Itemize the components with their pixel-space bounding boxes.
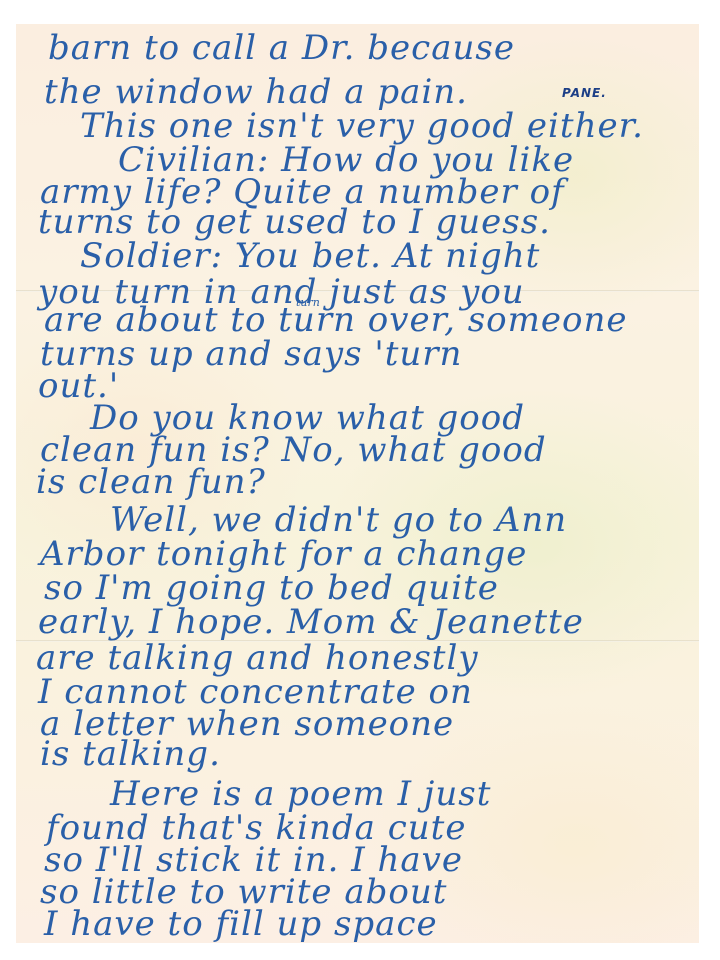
letter-line: I have to fill up space bbox=[44, 904, 438, 944]
letter-line: is clean fun? bbox=[36, 462, 266, 502]
turn-insertion-note: turn bbox=[296, 296, 320, 309]
letter-line: is talking. bbox=[40, 734, 221, 774]
letter-line: early, I hope. Mom & Jeanette bbox=[38, 602, 584, 642]
letter-line: barn to call a Dr. because bbox=[48, 28, 515, 68]
pane-correction-note: PANE. bbox=[562, 86, 607, 100]
letter-line: Soldier: You bet. At night bbox=[80, 236, 540, 276]
